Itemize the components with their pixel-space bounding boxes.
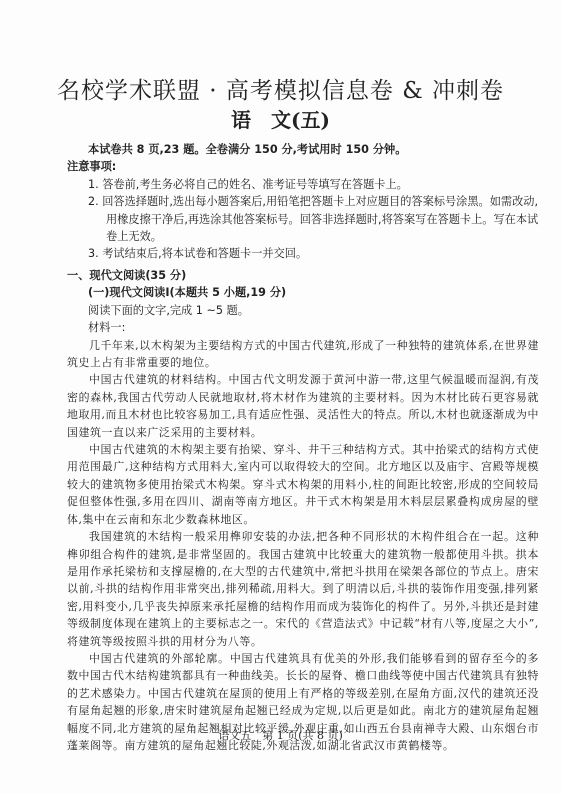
reading-section: 一、现代文阅读(35 分) (一)现代文阅读Ⅰ(本题共 5 小题,19 分) 阅… (67, 267, 539, 754)
exam-instructions: 本试卷共 8 页,23 题。全卷满分 150 分,考试用时 150 分钟。 注意… (67, 141, 539, 263)
notice-heading: 注意事项: (67, 158, 539, 175)
exam-title: 名校学术联盟 · 高考模拟信息卷 & 冲刺卷 (0, 72, 561, 105)
paragraph-3: 中国古代建筑的木构架主要有抬梁、穿斗、井干三种结构方式。其中抬梁式的结构方式使用… (67, 441, 539, 528)
exam-page: 名校学术联盟 · 高考模拟信息卷 & 冲刺卷 语 文(五) 本试卷共 8 页,2… (0, 0, 561, 794)
exam-subject: 语 文(五) (0, 104, 561, 133)
section-instruction: 阅读下面的文字,完成 1 ~5 题。 (67, 302, 539, 319)
page-footer: 语文五 第 1 页(共 8 页) (0, 727, 561, 743)
exam-info: 本试卷共 8 页,23 题。全卷满分 150 分,考试用时 150 分钟。 (67, 141, 539, 158)
notice-item-2: 2. 回答选择题时,选出每小题答案后,用铅笔把答题卡上对应题目的答案标号涂黑。如… (67, 193, 539, 245)
paragraph-2: 中国古代建筑的材料结构。中国古代文明发源于黄河中游一带,这里气候温暖而湿润,有茂… (67, 371, 539, 441)
section-heading: 一、现代文阅读(35 分) (67, 267, 539, 284)
paragraph-1: 几千年来,以木构架为主要结构方式的中国古代建筑,形成了一种独特的建筑体系,在世界… (67, 337, 539, 372)
paragraph-4: 我国建筑的木结构一般采用榫卯安装的办法,把各种不同形状的木构件组合在一起。这种榫… (67, 528, 539, 650)
notice-item-3: 3. 考试结束后,将本试卷和答题卡一并交回。 (67, 245, 539, 262)
notice-item-1: 1. 答卷前,考生务必将自己的姓名、准考证号等填写在答题卡上。 (67, 176, 539, 193)
section-subheading: (一)现代文阅读Ⅰ(本题共 5 小题,19 分) (67, 284, 539, 301)
material-label: 材料一: (67, 319, 539, 336)
